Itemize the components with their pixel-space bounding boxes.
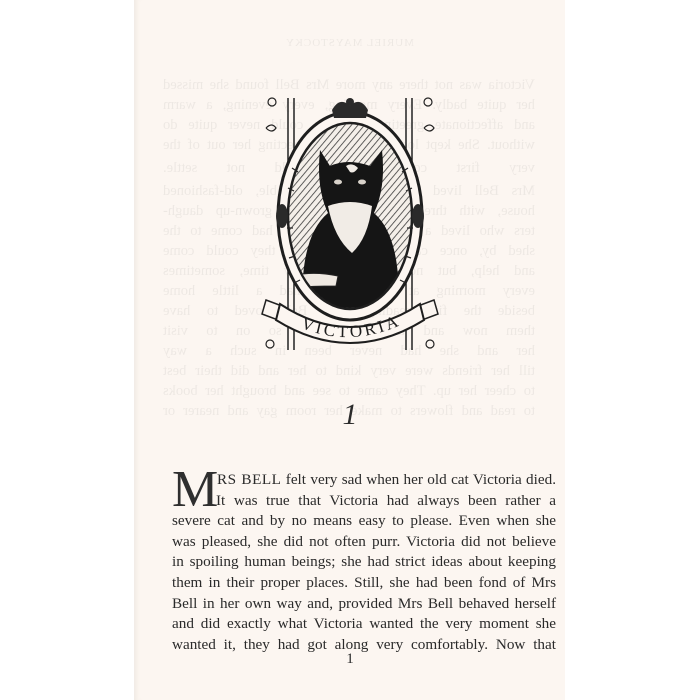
body-line: was pleased, she did not often purr. Vic…: [172, 532, 556, 553]
body-line: Bell in her own way and, provided Mrs Be…: [172, 594, 556, 615]
body-line: them in their proper places. Still, she …: [172, 573, 556, 594]
body-line: RS BELL felt very sad when her old cat V…: [172, 470, 556, 491]
body-line-text: felt very sad when her old cat Victoria …: [281, 471, 556, 488]
chapter-number: 1: [0, 398, 700, 432]
body-line: severe cat and by no means easy to pleas…: [172, 511, 556, 532]
body-text: RS BELL felt very sad when her old cat V…: [172, 470, 556, 655]
body-line: It was true that Victoria had always bee…: [172, 491, 556, 512]
body-line: and did exactly what Victoria wanted the…: [172, 614, 556, 635]
show-through-line: till her friends were very kind to her a…: [163, 363, 535, 380]
page-number: 1: [0, 651, 700, 668]
small-caps-name: RS BELL: [217, 471, 281, 488]
show-through-running-head: MURIEL MAYSTOCKY: [134, 37, 565, 49]
victoria-cat-portrait-illustration: VICTORIA: [258, 88, 442, 360]
body-line: in spoiling human beings; she had strict…: [172, 552, 556, 573]
